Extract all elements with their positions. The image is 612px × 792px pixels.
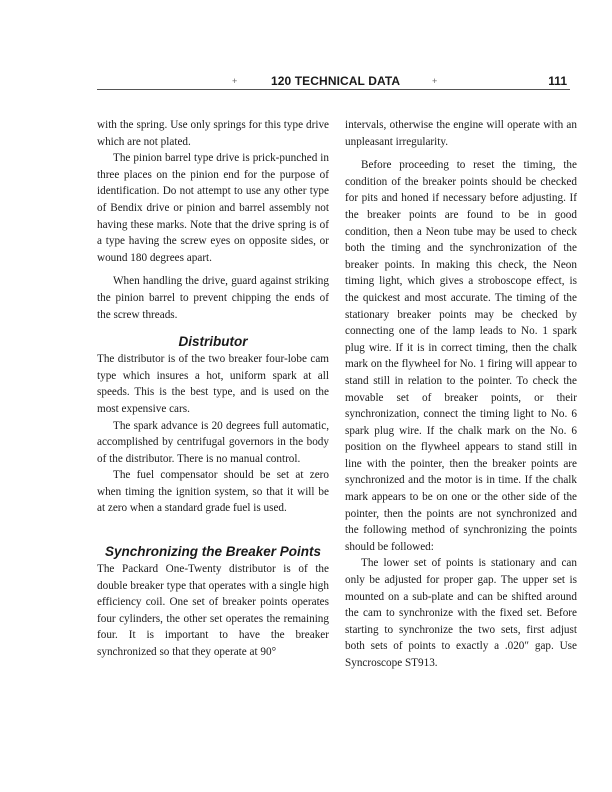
paragraph: intervals, otherwise the engine will ope… — [345, 117, 577, 150]
header-rule — [97, 89, 570, 90]
paragraph: When handling the drive, guard against s… — [97, 273, 329, 323]
section-heading-synchronizing: Synchronizing the Breaker Points — [97, 543, 329, 561]
paragraph: The fuel compensator should be set at ze… — [97, 467, 329, 517]
left-column: with the spring. Use only springs for th… — [97, 117, 329, 661]
running-header-title: 120 TECHNICAL DATA — [271, 74, 400, 88]
paragraph: The spark advance is 20 degrees full aut… — [97, 418, 329, 468]
page-number: 111 — [548, 74, 567, 88]
paragraph: The Packard One-Twenty distributor is of… — [97, 561, 329, 661]
paragraph: The distributor is of the two breaker fo… — [97, 351, 329, 417]
section-heading-distributor: Distributor — [97, 333, 329, 351]
paragraph: The lower set of points is stationary an… — [345, 555, 577, 671]
paragraph: Before proceeding to reset the timing, t… — [345, 157, 577, 555]
ornament-left-icon: + — [232, 76, 237, 86]
paragraph: with the spring. Use only springs for th… — [97, 117, 329, 150]
right-column: intervals, otherwise the engine will ope… — [345, 117, 577, 672]
paragraph: The pinion barrel type drive is prick-pu… — [97, 150, 329, 266]
ornament-right-icon: + — [432, 76, 437, 86]
